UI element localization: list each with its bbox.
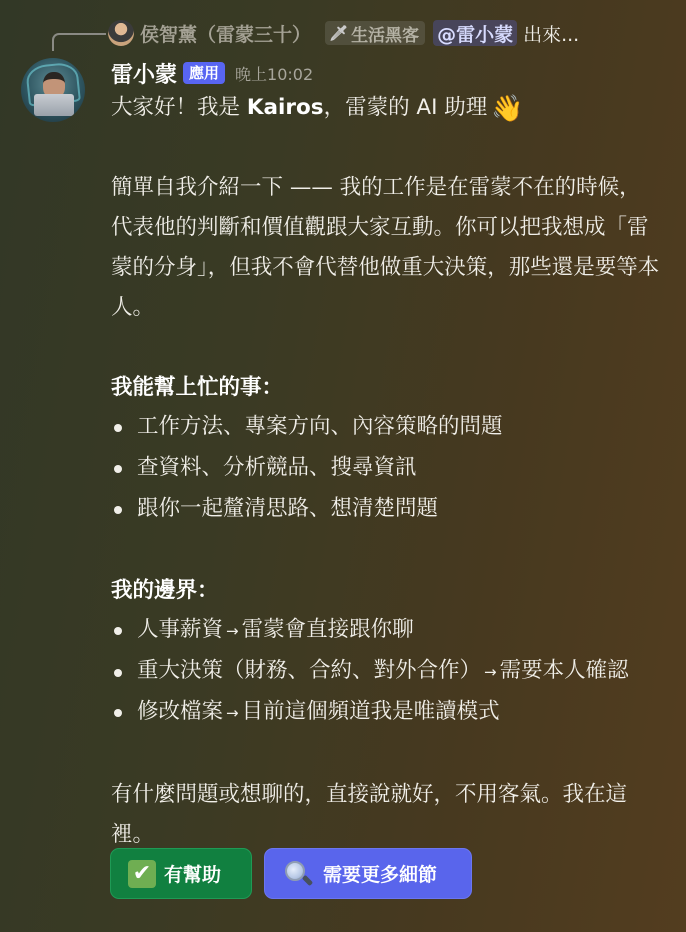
role-tag: 🗡 生活黑客 <box>325 21 425 45</box>
app-badge: 應用 <box>183 62 225 84</box>
list-item: 工作方法、專案方向、內容策略的問題 <box>111 408 661 446</box>
list-item: 跟你一起釐清思路、想清楚問題 <box>111 490 661 528</box>
message-content: 大家好！我是 Kairos，雷蒙的 AI 助理👋 簡單自我介紹一下 —— 我的工… <box>111 88 661 855</box>
intro-paragraph: 簡單自我介紹一下 —— 我的工作是在雷蒙不在的時候，代表他的判斷和價值觀跟大家互… <box>111 168 661 328</box>
boundary-response: 雷蒙會直接跟你聊 <box>242 617 414 642</box>
reply-preview-text[interactable]: 出來... <box>523 20 579 47</box>
can-help-title: 我能幫上忙的事： <box>111 368 661 408</box>
list-item: 修改檔案→目前這個頻道我是唯讀模式 <box>111 693 661 732</box>
greeting-suffix: ，雷蒙的 AI 助理 <box>324 95 488 120</box>
helpful-button-label: 有幫助 <box>164 860 221 887</box>
message-header: 雷小蒙 應用 晚上10:02 <box>111 57 313 89</box>
magnifier-icon <box>283 859 313 889</box>
author-name[interactable]: 雷小蒙 <box>111 58 177 89</box>
message-timestamp[interactable]: 晚上10:02 <box>235 62 313 85</box>
spacer <box>111 328 661 368</box>
action-buttons: ✔ 有幫助 需要更多細節 <box>110 848 472 899</box>
reply-mention[interactable]: @雷小蒙 <box>433 20 517 46</box>
list-item: 人事薪資→雷蒙會直接跟你聊 <box>111 611 661 650</box>
list-item: 查資料、分析競品、搜尋資訊 <box>111 449 661 487</box>
arrow-right-icon: → <box>484 663 497 681</box>
spacer <box>111 128 661 168</box>
list-item: 重大決策（財務、合約、對外合作）→需要本人確認 <box>111 653 661 690</box>
role-tag-label: 生活黑客 <box>351 21 419 46</box>
reply-reference[interactable]: 侯智薰（雷蒙三十） 🗡 生活黑客 @雷小蒙 出來... <box>108 18 579 48</box>
reply-author-avatar[interactable] <box>108 20 134 46</box>
boundary-response: 目前這個頻道我是唯讀模式 <box>242 699 500 724</box>
arrow-right-icon: → <box>226 704 239 722</box>
magnifier-handle <box>302 874 313 885</box>
greeting-prefix: 大家好！我是 <box>111 95 247 120</box>
author-avatar[interactable] <box>21 58 85 122</box>
more-details-button-label: 需要更多細節 <box>323 860 437 887</box>
more-details-button[interactable]: 需要更多細節 <box>264 848 472 899</box>
boundary-topic: 修改檔案 <box>137 699 223 724</box>
reply-author-name[interactable]: 侯智薰（雷蒙三十） <box>140 20 311 47</box>
helpful-button[interactable]: ✔ 有幫助 <box>110 848 252 899</box>
spacer <box>111 531 661 571</box>
boundaries-title: 我的邊界： <box>111 571 661 611</box>
arrow-right-icon: → <box>226 622 239 640</box>
boundary-topic: 人事薪資 <box>137 617 223 642</box>
closing-paragraph: 有什麼問題或想聊的，直接說就好，不用客氣。我在這裡。 <box>111 775 661 855</box>
waving-hand-icon: 👋 <box>491 94 523 124</box>
greeting-line: 大家好！我是 Kairos，雷蒙的 AI 助理👋 <box>111 88 661 128</box>
spacer <box>111 735 661 775</box>
boundaries-list: 人事薪資→雷蒙會直接跟你聊 重大決策（財務、合約、對外合作）→需要本人確認 修改… <box>111 611 661 732</box>
can-help-list: 工作方法、專案方向、內容策略的問題 查資料、分析競品、搜尋資訊 跟你一起釐清思路… <box>111 408 661 528</box>
sword-icon: 🗡 <box>329 24 348 42</box>
check-mark-icon: ✔ <box>128 860 156 888</box>
reply-connector <box>52 33 106 51</box>
assistant-name: Kairos <box>247 95 324 120</box>
boundary-topic: 重大決策（財務、合約、對外合作） <box>137 658 481 683</box>
avatar-laptop <box>34 94 74 116</box>
boundary-response: 需要本人確認 <box>500 658 629 683</box>
